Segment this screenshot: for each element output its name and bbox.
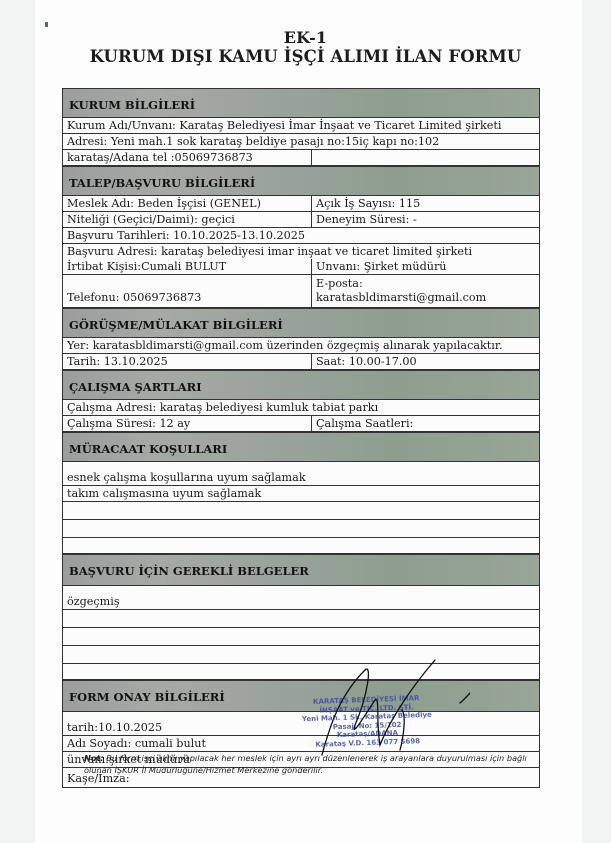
form-row: karataş/Adana tel :05069736873 [63, 150, 539, 166]
requirement-text [63, 502, 539, 519]
list-item [63, 664, 539, 680]
section-header-muracaat: MÜRACAAT KOŞULLARI [63, 432, 539, 462]
email-label: E-posta: [316, 277, 535, 291]
form-row: Tarih: 13.10.2025 Saat: 10.00-17.00 [63, 354, 539, 370]
institution-city-phone: karataş/Adana tel :05069736873 [63, 150, 312, 165]
section-header-kurum: KURUM BİLGİLERİ [63, 88, 539, 118]
list-item [63, 646, 539, 664]
list-item [63, 628, 539, 646]
document-text [63, 628, 539, 645]
scan-mark [45, 22, 48, 27]
row-gap [63, 462, 539, 470]
requirement-text: esnek çalışma koşullarına uyum sağlamak [63, 470, 539, 485]
work-address: Çalışma Adresi: karataş belediyesi kumlu… [63, 400, 539, 415]
form-row: İrtibat Kişisi:Cumali BULUT Unvanı: Şirk… [63, 259, 539, 275]
note-label: Not: [84, 753, 104, 763]
list-item [63, 538, 539, 554]
company-stamp: KARATAŞ BELEDİYESİ İMAR İNŞAAT ve TİC. L… [301, 694, 433, 750]
approver-name: Adı Soyadı: cumali bulut [63, 736, 539, 751]
open-positions: Açık İş Sayısı: 115 [312, 196, 539, 211]
list-item: esnek çalışma koşullarına uyum sağlamak [63, 470, 539, 486]
institution-name: Kurum Adı/Unvanı: Karataş Belediyesi İma… [63, 118, 539, 133]
institution-blank [312, 150, 539, 165]
footer-note: Not: Bu form işçi alımı yapılacak her me… [84, 752, 554, 776]
announcement-form: KURUM BİLGİLERİ Kurum Adı/Unvanı: Karata… [62, 88, 540, 788]
requirement-text: takım calışmasına uyum sağlamak [63, 486, 539, 501]
requirement-text [63, 520, 539, 537]
section-header-gorusme: GÖRÜŞME/MÜLAKAT BİLGİLERİ [63, 308, 539, 338]
form-row: Adresi: Yeni mah.1 sok karataş beldiye p… [63, 134, 539, 150]
list-item: takım calışmasına uyum sağlamak [63, 486, 539, 502]
form-row: Yer: karatasbldimarsti@gmail.com üzerind… [63, 338, 539, 354]
experience: Deneyim Süresi: - [312, 212, 539, 227]
contact-person: İrtibat Kişisi:Cumali BULUT [63, 259, 312, 274]
form-row: Başvuru Adresi: karataş belediyesi imar … [63, 244, 539, 259]
form-row: Kurum Adı/Unvanı: Karataş Belediyesi İma… [63, 118, 539, 134]
application-address: Başvuru Adresi: karataş belediyesi imar … [63, 244, 539, 259]
annex-label: EK-1 [0, 28, 611, 47]
list-item: özgeçmiş [63, 594, 539, 610]
work-duration: Çalışma Süresi: 12 ay [63, 416, 312, 431]
form-row: Adı Soyadı: cumali bulut [63, 736, 539, 752]
form-row: Çalışma Adresi: karataş belediyesi kumlu… [63, 400, 539, 416]
form-row: Başvuru Tarihleri: 10.10.2025-13.10.2025 [63, 228, 539, 244]
section-header-talep: TALEP/BAŞVURU BİLGİLERİ [63, 166, 539, 196]
list-item [63, 610, 539, 628]
contact-email: karatasbldimarsti@gmail.com [316, 291, 535, 305]
list-item [63, 502, 539, 520]
interview-time: Saat: 10.00-17.00 [312, 354, 539, 369]
contact-email-cell: E-posta: karatasbldimarsti@gmail.com [312, 275, 539, 307]
form-row: Meslek Adı: Beden İşçisi (GENEL) Açık İş… [63, 196, 539, 212]
form-row: Çalışma Süresi: 12 ay Çalışma Saatleri: [63, 416, 539, 432]
occupation: Meslek Adı: Beden İşçisi (GENEL) [63, 196, 312, 211]
document-title-block: EK-1 KURUM DIŞI KAMU İŞÇİ ALIMI İLAN FOR… [0, 28, 611, 67]
institution-address: Adresi: Yeni mah.1 sok karataş beldiye p… [63, 134, 539, 149]
document-text [63, 610, 539, 627]
section-header-belgeler: BAŞVURU İÇİN GEREKLİ BELGELER [63, 554, 539, 586]
document-title: KURUM DIŞI KAMU İŞÇİ ALIMI İLAN FORMU [0, 47, 611, 67]
document-text: özgeçmiş [63, 594, 539, 609]
note-text: Bu form işçi alımı yapılacak her meslek … [84, 753, 527, 775]
row-gap [63, 586, 539, 594]
section-header-calisma: ÇALIŞMA ŞARTLARI [63, 370, 539, 400]
contact-title: Unvanı: Şirket müdürü [312, 259, 539, 274]
interview-date: Tarih: 13.10.2025 [63, 354, 312, 369]
document-text [63, 646, 539, 663]
contact-phone: Telefonu: 05069736873 [63, 275, 312, 307]
employment-type: Niteliği (Geçici/Daimi): geçici [63, 212, 312, 227]
form-row: Telefonu: 05069736873 E-posta: karatasbl… [63, 275, 539, 308]
list-item [63, 520, 539, 538]
work-hours: Çalışma Saatleri: [312, 416, 539, 431]
interview-location: Yer: karatasbldimarsti@gmail.com üzerind… [63, 338, 539, 353]
form-row: Niteliği (Geçici/Daimi): geçici Deneyim … [63, 212, 539, 228]
application-dates: Başvuru Tarihleri: 10.10.2025-13.10.2025 [63, 228, 539, 243]
